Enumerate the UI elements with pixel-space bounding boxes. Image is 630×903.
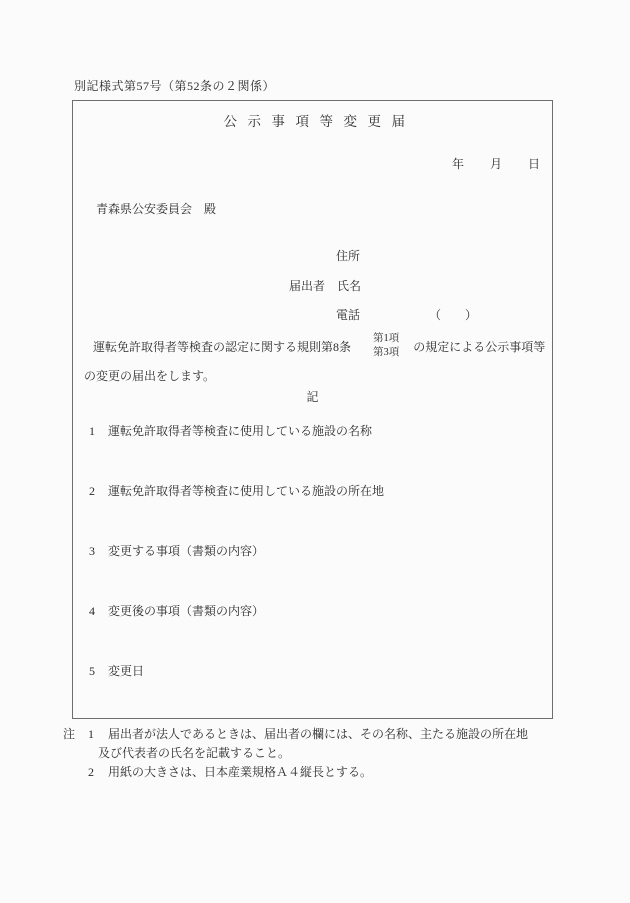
- address-label: 住所: [336, 247, 360, 264]
- list-item-1: 1運転免許取得者等検査に使用している施設の名称: [89, 422, 372, 439]
- statement-text-after: の規定による公示事項等: [413, 338, 545, 355]
- declarant-row: 届出者氏名: [289, 277, 361, 294]
- note-line-2: 及び代表者の氏名を記載すること。: [98, 744, 290, 761]
- note-line-3: 2用紙の大きさは、日本産業規格Ａ４縦長とする。: [88, 763, 372, 780]
- clause-option-3: 第3項: [373, 346, 399, 360]
- item-number: 4: [89, 604, 108, 619]
- declarant-label: 届出者: [289, 279, 325, 293]
- date-day-label: 日: [528, 155, 540, 172]
- item-text: 運転免許取得者等検査に使用している施設の所在地: [108, 484, 384, 498]
- item-text: 変更後の事項（書類の内容）: [108, 604, 264, 618]
- form-border-box: 公示事項等変更届 年 月 日 青森県公安委員会 殿 住所 届出者氏名 電話 （ …: [72, 100, 553, 719]
- phone-parentheses: （ ）: [429, 306, 477, 323]
- clause-option-1: 第1項: [373, 332, 399, 346]
- notes-label: 注: [63, 727, 75, 741]
- item-number: 2: [89, 484, 108, 499]
- item-text: 運転免許取得者等検査に使用している施設の名称: [108, 424, 372, 438]
- statement-text-before: 運転免許取得者等検査の認定に関する規則第8条: [93, 338, 351, 355]
- note-text: 及び代表者の氏名を記載すること。: [98, 746, 290, 760]
- note-line-1: 注1届出者が法人であるときは、届出者の欄には、その名称、主たる施設の所在地: [63, 725, 528, 742]
- form-title: 公示事項等変更届: [73, 110, 552, 130]
- clause-options-stack: 第1項 第3項: [373, 332, 399, 360]
- item-text: 変更する事項（書類の内容）: [108, 544, 264, 558]
- statement-line-2: の変更の届出をします。: [84, 367, 215, 384]
- statement-line-1: 運転免許取得者等検査の認定に関する規則第8条 第1項 第3項 の規定による公示事…: [93, 329, 545, 363]
- note-text: 用紙の大きさは、日本産業規格Ａ４縦長とする。: [108, 765, 372, 779]
- addressee-line: 青森県公安委員会 殿: [96, 200, 216, 217]
- document-page: 別記様式第57号（第52条の２関係） 公示事項等変更届 年 月 日 青森県公安委…: [0, 0, 630, 903]
- form-number-caption: 別記様式第57号（第52条の２関係）: [74, 77, 275, 94]
- list-item-4: 4変更後の事項（書類の内容）: [89, 602, 264, 619]
- list-item-5: 5変更日: [89, 662, 144, 679]
- item-text: 変更日: [108, 664, 144, 678]
- list-heading-ki: 記: [73, 388, 552, 405]
- note-text: 届出者が法人であるときは、届出者の欄には、その名称、主たる施設の所在地: [108, 727, 528, 741]
- note-number: 2: [88, 765, 94, 779]
- list-item-2: 2運転免許取得者等検査に使用している施設の所在地: [89, 482, 384, 499]
- date-month-label: 月: [490, 155, 502, 172]
- phone-row: 電話 （ ）: [336, 306, 360, 323]
- list-item-3: 3変更する事項（書類の内容）: [89, 542, 264, 559]
- date-year-label: 年: [452, 155, 464, 172]
- date-line: 年 月 日: [452, 155, 540, 172]
- name-label: 氏名: [337, 279, 361, 293]
- item-number: 5: [89, 664, 108, 679]
- note-number: 1: [88, 727, 94, 741]
- item-number: 3: [89, 544, 108, 559]
- item-number: 1: [89, 424, 108, 439]
- phone-label: 電話: [336, 308, 360, 322]
